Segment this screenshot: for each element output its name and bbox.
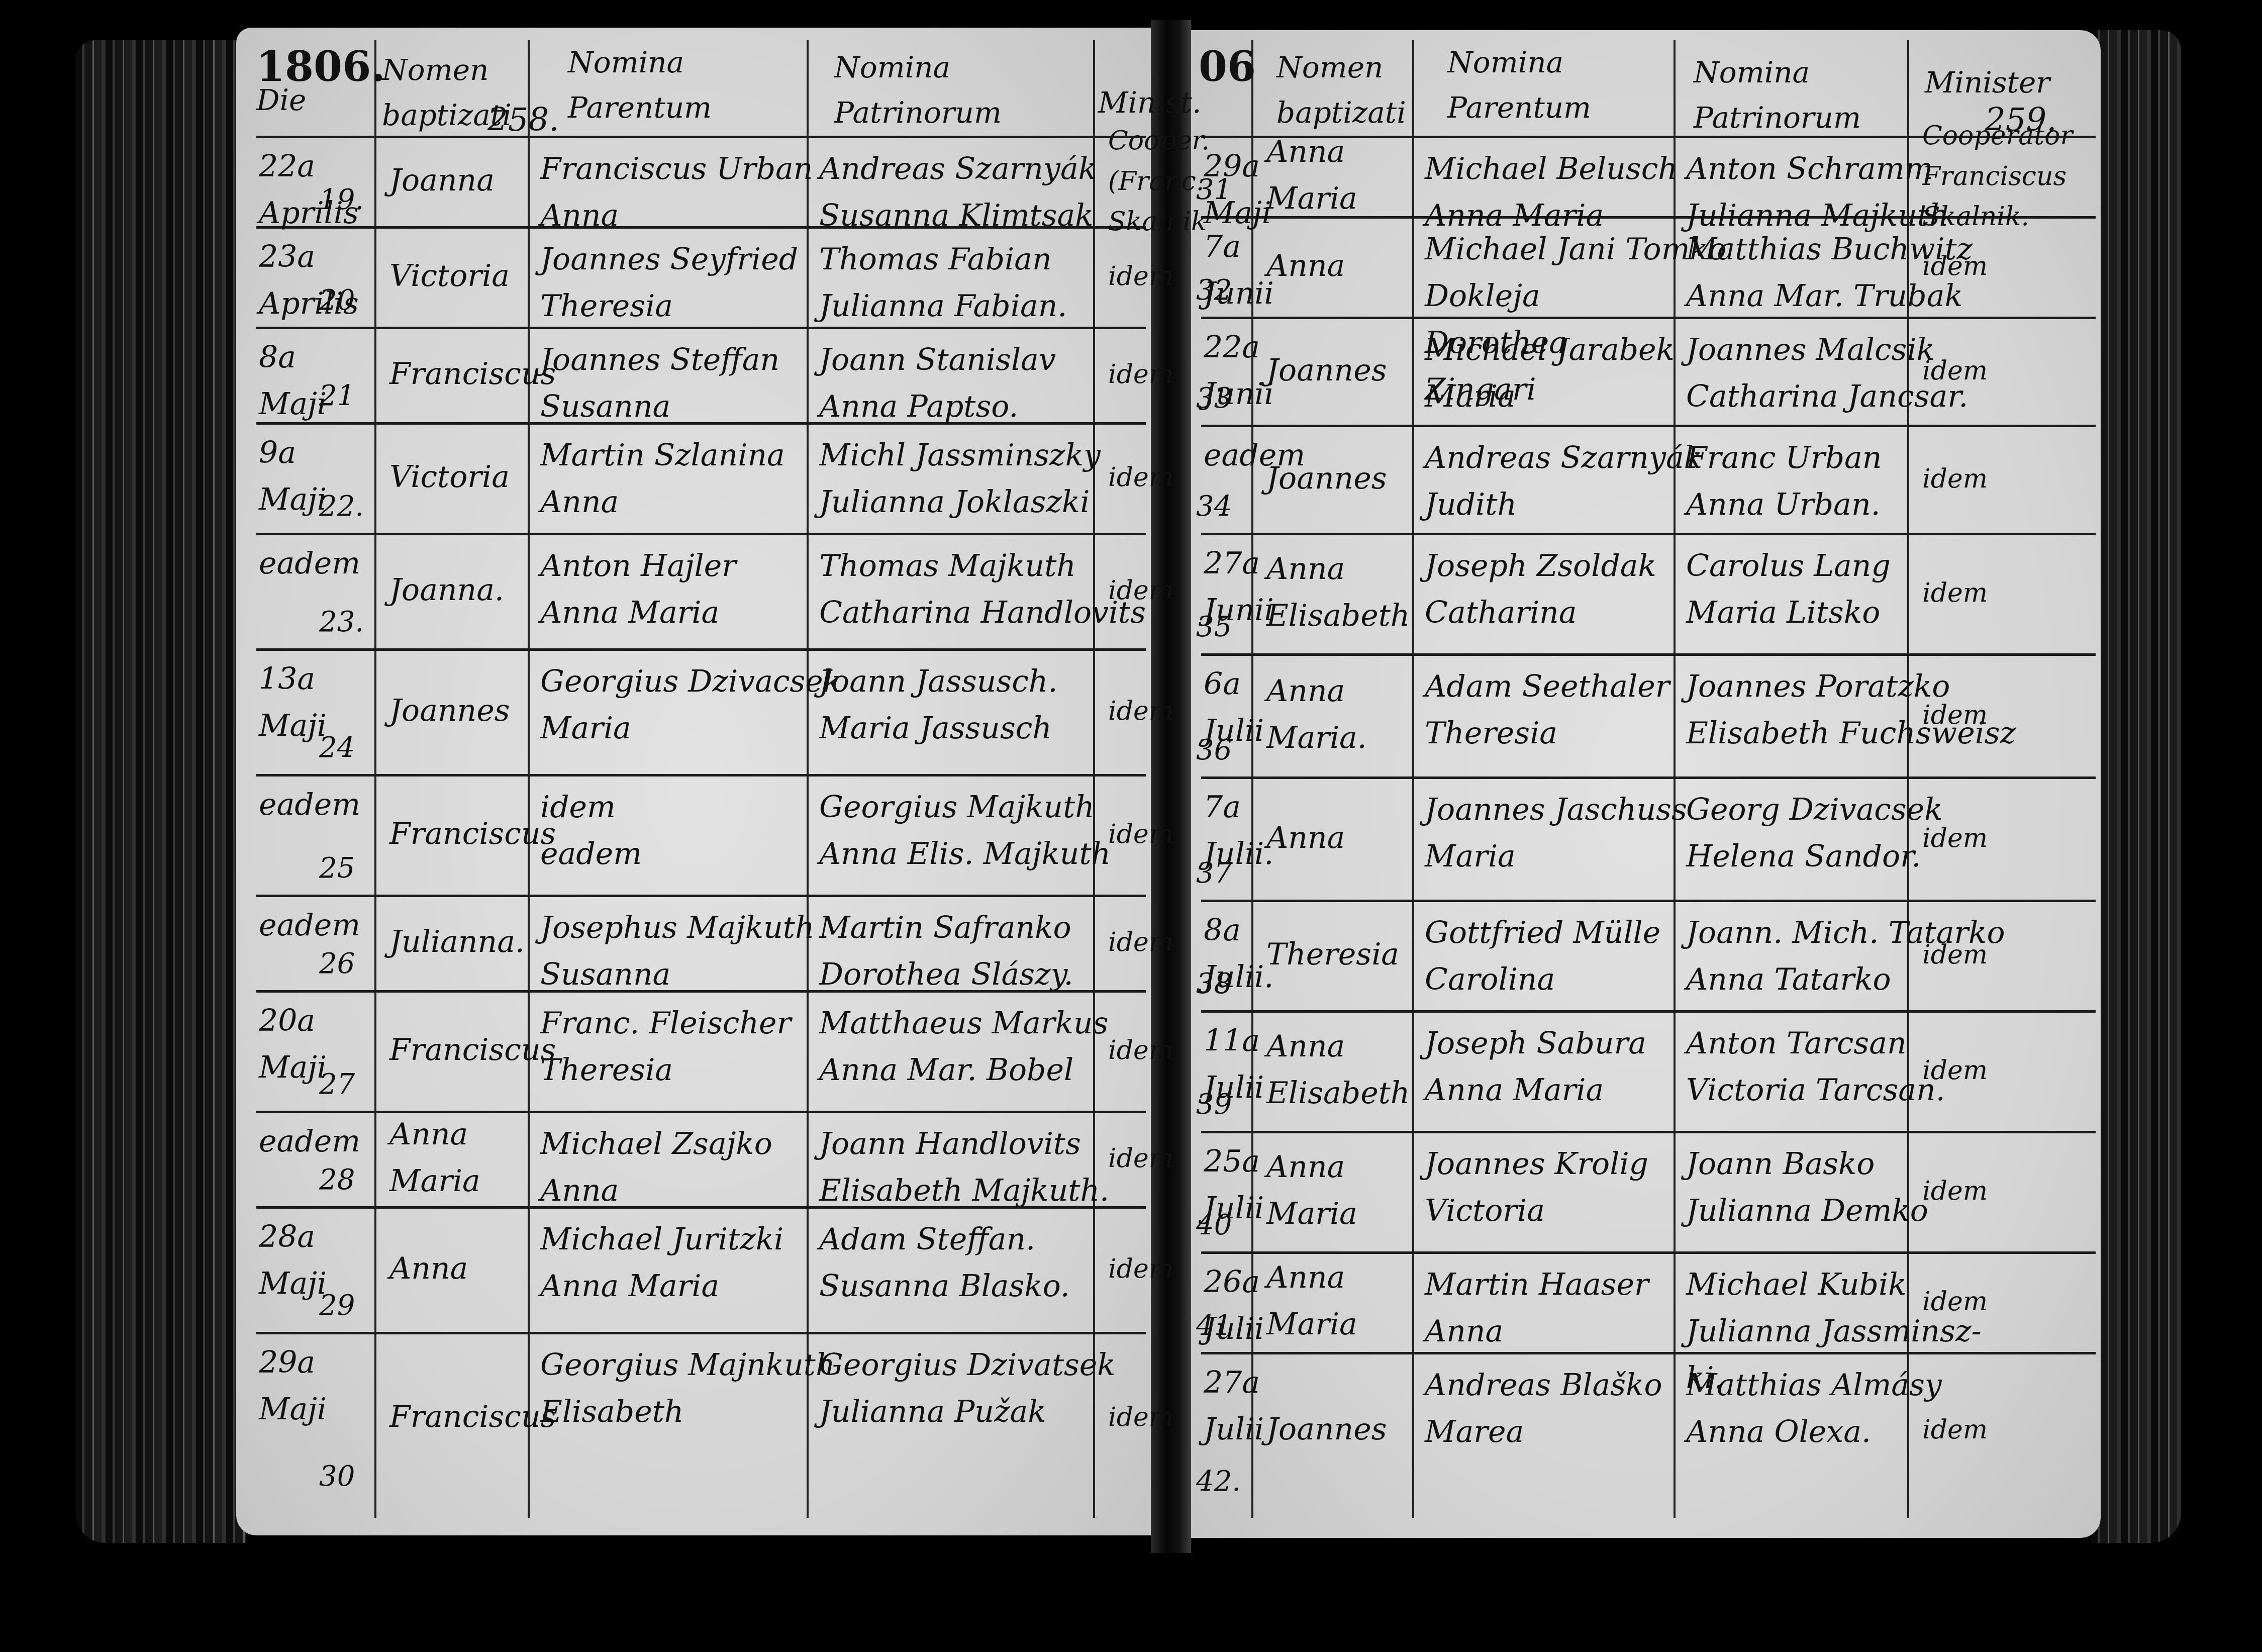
row-rule (256, 774, 1146, 776)
entry-minister: idem (1108, 922, 1173, 963)
entry-parents: Joannes Steffan Susanna (540, 337, 779, 430)
entry-minister: idem (1108, 1397, 1173, 1438)
entry-minister: idem (1108, 256, 1173, 297)
entry-date: eadem (259, 782, 360, 828)
entry-number: 40 (1196, 1204, 1232, 1247)
book-page-edges-right (2091, 30, 2181, 1543)
row-rule (256, 648, 1146, 651)
entry-minister: idem (1108, 457, 1173, 498)
entry-child-name: Anna Maria (1266, 1254, 1357, 1348)
entry-date: 13a Maji (259, 656, 327, 749)
entry-minister: idem (1922, 1171, 1988, 1212)
entry-parents: Georgius Majnkuth Elisabeth (540, 1342, 835, 1435)
entry-parents: Adam Seethaler Theresia (1425, 663, 1670, 757)
entry-parents: Anton Hajler Anna Maria (540, 543, 736, 636)
row-rule (1201, 900, 2096, 902)
entry-child-name: Joannes (1266, 1406, 1387, 1453)
book-gutter (1151, 20, 1191, 1553)
entry-date: 9a Maji (259, 430, 327, 523)
entry-minister: idem (1108, 1030, 1173, 1071)
header-parents-right: Nomina Parentum (1447, 40, 1591, 131)
entry-minister: idem (1922, 573, 1988, 614)
entry-godparents: Thomas Majkuth Catharina Handlovits (819, 543, 1146, 636)
entry-minister: idem (1922, 695, 1988, 736)
entry-number: 33 (1196, 377, 1232, 421)
entry-number: 31 (1196, 168, 1232, 212)
year-label-right: 06 (1199, 35, 1256, 99)
entry-child-name: Franciscus (389, 351, 556, 398)
entry-number: 38 (1196, 962, 1232, 1006)
entry-child-name: Joannes (389, 688, 510, 734)
entry-godparents: Georgius Majkuth Anna Elis. Majkuth (819, 784, 1111, 878)
column-rule (1412, 40, 1414, 1518)
entry-number: 19. (319, 178, 364, 222)
book-page-edges-left (75, 40, 246, 1543)
entry-child-name: Joannes (1266, 347, 1387, 394)
entry-child-name: Theresia (1266, 931, 1399, 978)
entry-number: 41 (1196, 1304, 1232, 1348)
entry-number: 37 (1196, 852, 1232, 896)
row-rule (1201, 1010, 2096, 1013)
entry-godparents: Georg Dzivacsek Helena Sandor. (1686, 787, 1943, 880)
entry-godparents: Adam Steffan. Susanna Blasko. (819, 1216, 1070, 1310)
entry-parents: Joannes Krolig Victoria (1425, 1141, 1648, 1234)
row-rule (1201, 533, 2096, 535)
header-date: Die (256, 78, 306, 123)
entry-godparents: Andreas Szarnyák Susanna Klimtsak (819, 146, 1097, 239)
entry-minister: idem (1922, 1050, 1988, 1091)
entry-child-name: Anna (389, 1245, 468, 1292)
entry-godparents: Joann Jassusch. Maria Jassusch (819, 658, 1057, 752)
row-rule (256, 895, 1146, 897)
entry-parents: Michael Juritzki Anna Maria (540, 1216, 783, 1310)
entry-minister: idem (1108, 691, 1173, 732)
entry-date: 8a Maji (259, 334, 327, 428)
entry-godparents: Martin Safranko Dorothea Slászy. (819, 905, 1073, 998)
entry-parents: Joseph Zsoldak Catharina (1425, 543, 1656, 636)
entry-parents: Andreas Szarnyák Judith (1425, 435, 1702, 528)
entry-date: 28a Maji (259, 1214, 327, 1307)
entry-child-name: Anna Elisabeth (1266, 546, 1410, 639)
entry-parents: Georgius Dzivacsek Maria (540, 658, 841, 752)
entry-godparents: Matthias Almásy Anna Olexa. (1686, 1362, 1942, 1455)
column-rule (528, 40, 530, 1518)
entry-child-name: Anna Elisabeth (1266, 1023, 1410, 1117)
entry-parents: Michael Belusch Anna Maria (1425, 146, 1678, 239)
entry-parents: Joannes Seyfried Theresia (540, 236, 798, 330)
entry-child-name: Franciscus (389, 1027, 556, 1074)
entry-minister: idem (1922, 459, 1988, 500)
entry-child-name: Anna (1266, 815, 1345, 861)
row-rule (256, 1332, 1146, 1334)
page-number-left: 258. (487, 95, 559, 145)
entry-parents: Josephus Majkuth Susanna (540, 905, 815, 998)
entry-number: 27 (319, 1063, 355, 1107)
entry-minister: idem (1108, 814, 1173, 855)
entry-godparents: Matthaeus Markus Anna Mar. Bobel (819, 1000, 1109, 1094)
entry-child-name: Julianna. (389, 919, 525, 965)
entry-minister: idem (1922, 935, 1988, 976)
entry-child-name: Anna Maria (1266, 1144, 1357, 1237)
header-minister: Minist. (1098, 80, 1201, 126)
entry-number: 26 (319, 942, 355, 986)
entry-godparents: Anton Tarcsan Victoria Tarcsan. (1686, 1020, 1945, 1114)
entry-number: 35 (1196, 606, 1232, 649)
entry-godparents: Georgius Dzivatsek Julianna Pužak (819, 1342, 1116, 1435)
entry-number: 20 (319, 279, 355, 323)
entry-child-name: Joanna (389, 157, 495, 204)
row-rule (1201, 1131, 2096, 1133)
header-parents: Nomina Parentum (568, 40, 712, 131)
entry-parents: Joseph Sabura Anna Maria (1425, 1020, 1646, 1114)
entry-minister: idem (1108, 354, 1173, 395)
entry-child-name: Anna (1266, 243, 1345, 289)
entry-number: 42. (1196, 1460, 1241, 1504)
entry-date: 29a Maji (259, 1339, 327, 1433)
entry-godparents: Franc Urban Anna Urban. (1686, 435, 1882, 528)
column-rule (1093, 40, 1095, 1518)
entry-parents: Joannes Jaschuss Maria (1425, 787, 1687, 880)
entry-godparents: Carolus Lang Maria Litsko (1686, 543, 1891, 636)
row-rule (1201, 425, 2096, 427)
entry-number: 29 (319, 1284, 355, 1328)
entry-number: 24 (319, 726, 355, 770)
row-rule (256, 533, 1146, 535)
entry-parents: Franciscus Urban Anna (540, 146, 813, 239)
entry-child-name: Joannes (1266, 455, 1387, 502)
entry-minister: idem (1922, 818, 1988, 859)
entry-minister: idem (1922, 351, 1988, 392)
entry-number: 39 (1196, 1083, 1232, 1127)
entry-godparents: Anton Schramm Julianna Majkuth (1686, 146, 1949, 239)
entry-parents: Gottfried Mülle Carolina (1425, 910, 1660, 1003)
header-godparents: Nomina Patrinorum (834, 45, 1002, 136)
entry-godparents: Joann Handlovits Elisabeth Majkuth. (819, 1121, 1109, 1214)
entry-date: 20a Maji (259, 998, 327, 1091)
entry-number: 34 (1196, 485, 1232, 529)
entry-parents: Martin Szlanina Anna (540, 432, 785, 526)
entry-parents: Martin Haaser Anna (1425, 1261, 1649, 1355)
header-godparents-right: Nomina Patrinorum (1694, 50, 1861, 141)
entry-minister: idem (1108, 1249, 1173, 1290)
entry-number: 36 (1196, 729, 1232, 772)
entry-parents: Michael Zsajko Anna (540, 1121, 772, 1214)
entry-parents: Michael Jarabek Maria (1425, 327, 1675, 420)
entry-godparents: Joann Basko Julianna Demko (1686, 1141, 1928, 1234)
header-name-right: Nomen baptizati (1276, 45, 1406, 136)
entry-parents: Franc. Fleischer Theresia (540, 1000, 791, 1094)
entry-date: 27a Julii (1204, 1359, 1264, 1453)
entry-parents: Andreas Blaško Marea (1425, 1362, 1662, 1455)
entry-godparents: Joann Stanislav Anna Paptso. (819, 337, 1056, 430)
entry-minister: Cooperator Franciscus Skalnik. (1922, 116, 2073, 237)
entry-child-name: Anna Maria (389, 1111, 480, 1205)
entry-child-name: Franciscus (389, 1394, 556, 1440)
row-rule (1201, 1251, 2096, 1254)
column-rule (374, 40, 376, 1518)
entry-child-name: Joanna. (389, 567, 504, 614)
entry-date: eadem (259, 540, 360, 587)
row-rule (1201, 776, 2096, 779)
entry-minister: idem (1922, 1410, 1988, 1450)
entry-godparents: Michl Jassminszky Julianna Joklaszki (819, 432, 1101, 526)
entry-child-name: Franciscus (389, 811, 556, 857)
entry-minister: idem (1922, 1282, 1988, 1322)
row-rule (1201, 653, 2096, 656)
entry-minister: idem (1108, 570, 1173, 611)
entry-minister: idem (1108, 1138, 1173, 1179)
entry-number: 23. (319, 601, 364, 644)
entry-number: 32 (1196, 269, 1232, 313)
entry-parents: idem eadem (540, 784, 642, 878)
entry-number: 22. (319, 485, 364, 529)
entry-minister: idem (1922, 246, 1988, 287)
entry-godparents: Thomas Fabian Julianna Fabian. (819, 236, 1067, 330)
entry-number: 30 (319, 1455, 355, 1499)
entry-number: 28 (319, 1158, 355, 1202)
entry-number: 21 (319, 374, 355, 418)
entry-child-name: Victoria (389, 454, 510, 501)
column-rule (807, 40, 809, 1518)
entry-child-name: Anna Maria. (1266, 668, 1367, 761)
entry-child-name: Victoria (389, 253, 510, 300)
entry-child-name: Anna Maria (1266, 129, 1357, 222)
entry-number: 25 (319, 847, 355, 891)
entry-minister: Cooper. (Franc. Skalnik (1108, 121, 1210, 242)
